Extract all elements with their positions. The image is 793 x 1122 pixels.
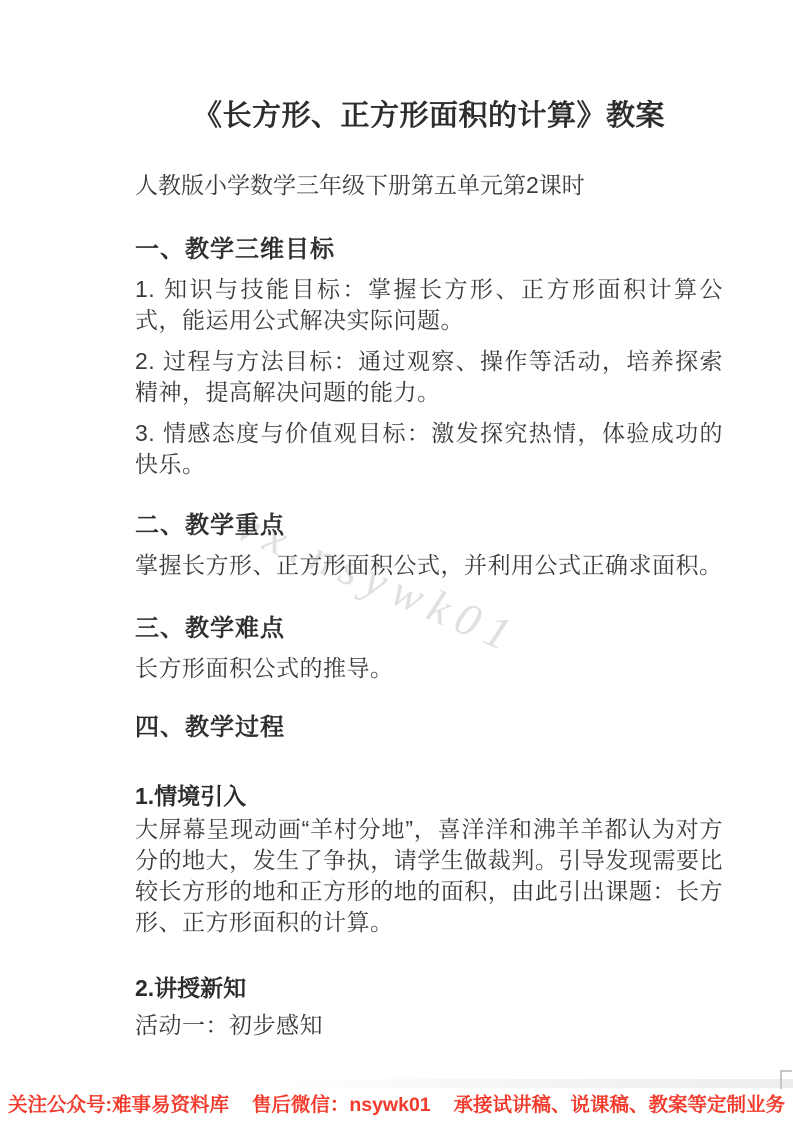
- section-teaching-difficulty: 三、教学难点 长方形面积公式的推导。: [135, 613, 723, 684]
- section-teaching-focus: 二、教学重点 掌握长方形、正方形面积公式，并利用公式正确求面积。: [135, 510, 723, 581]
- scan-corner-mark: [780, 1070, 792, 1089]
- paragraph: 大屏幕呈现动画“羊村分地”，喜洋洋和沸羊羊都认为对方分的地大，发生了争执，请学生…: [135, 814, 723, 938]
- subsection-new-knowledge: 2.讲授新知 活动一：初步感知: [135, 972, 723, 1041]
- page-title: 《长方形、正方形面积的计算》教案: [135, 94, 723, 138]
- section-heading: 三、教学难点: [135, 613, 723, 645]
- promo-footer: 关注公众号:难事易资料库 售后微信：nsywk01 承接试讲稿、说课稿、教案等定…: [0, 1089, 793, 1117]
- document-page: vx.nsywk01 《长方形、正方形面积的计算》教案 人教版小学数学三年级下册…: [0, 0, 793, 1122]
- paragraph: 1. 知识与技能目标：掌握长方形、正方形面积计算公式，能运用公式解决实际问题。: [135, 274, 723, 336]
- section-teaching-process: 四、教学过程 1.情境引入 大屏幕呈现动画“羊村分地”，喜洋洋和沸羊羊都认为对方…: [135, 712, 723, 1041]
- subsection-scene-introduction: 1.情境引入 大屏幕呈现动画“羊村分地”，喜洋洋和沸羊羊都认为对方分的地大，发生…: [135, 780, 723, 938]
- document-body: 《长方形、正方形面积的计算》教案 人教版小学数学三年级下册第五单元第2课时 一、…: [135, 0, 723, 1041]
- paragraph: 长方形面积公式的推导。: [135, 653, 723, 684]
- footer-wechat-contact: 售后微信：nsywk01: [252, 1089, 431, 1117]
- paragraph: 活动一：初步感知: [135, 1010, 723, 1041]
- paragraph: 掌握长方形、正方形面积公式，并利用公式正确求面积。: [135, 550, 723, 581]
- section-teaching-objectives: 一、教学三维目标 1. 知识与技能目标：掌握长方形、正方形面积计算公式，能运用公…: [135, 234, 723, 480]
- paragraph: 2. 过程与方法目标：通过观察、操作等活动，培养探索精神，提高解决问题的能力。: [135, 346, 723, 408]
- paragraph: 3. 情感态度与价值观目标：激发探究热情，体验成功的快乐。: [135, 418, 723, 480]
- footer-services: 承接试讲稿、说课稿、教案等定制业务: [453, 1089, 785, 1117]
- subsection-heading: 2.讲授新知: [135, 972, 723, 1004]
- section-heading: 二、教学重点: [135, 510, 723, 542]
- document-subtitle: 人教版小学数学三年级下册第五单元第2课时: [135, 170, 723, 200]
- section-heading: 一、教学三维目标: [135, 234, 723, 266]
- subsection-heading: 1.情境引入: [135, 780, 723, 812]
- footer-public-account: 关注公众号:难事易资料库: [8, 1089, 229, 1117]
- scan-smudge: [283, 1079, 793, 1088]
- section-heading: 四、教学过程: [135, 712, 723, 744]
